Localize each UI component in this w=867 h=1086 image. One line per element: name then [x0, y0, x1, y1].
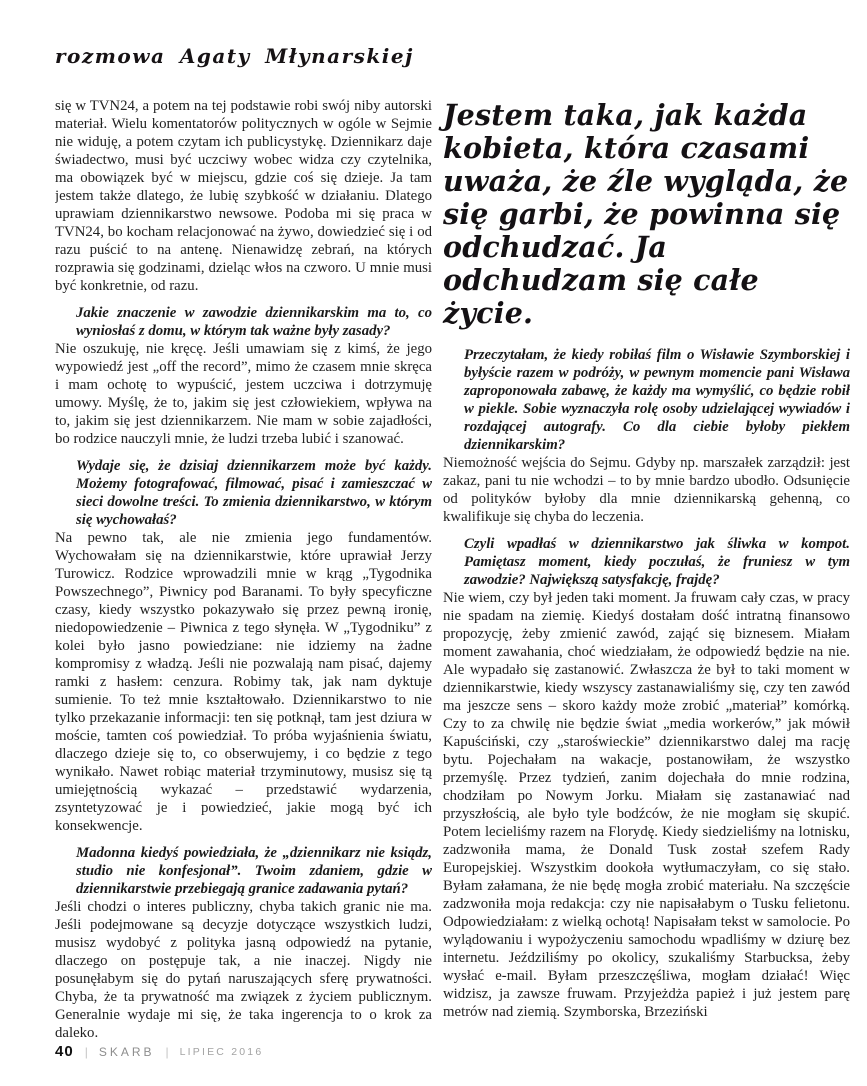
question-paragraph: Czyli wpadłaś w dziennikarstwo jak śliwk…: [443, 535, 850, 589]
footer-separator: |: [166, 1045, 169, 1059]
question-paragraph: Jakie znaczenie w zawodzie dziennikarski…: [55, 304, 432, 340]
footer-separator: |: [85, 1045, 88, 1059]
page-kicker: rozmowa Agaty Młynarskiej: [55, 44, 414, 68]
question-paragraph: Przeczytałam, że kiedy robiłaś film o Wi…: [443, 346, 850, 454]
footer-issue-date: LIPIEC 2016: [180, 1046, 264, 1058]
question-paragraph: Wydaje się, że dzisiaj dziennikarzem moż…: [55, 457, 432, 529]
answer-paragraph: Nie oszukuję, nie kręcę. Jeśli umawiam s…: [55, 340, 432, 448]
answer-paragraph: Niemożność wejścia do Sejmu. Gdyby np. m…: [443, 454, 850, 526]
answer-paragraph: Na pewno tak, ale nie zmienia jego funda…: [55, 529, 432, 835]
answer-paragraph: Nie wiem, czy był jeden taki moment. Ja …: [443, 589, 850, 1021]
magazine-page: rozmowa Agaty Młynarskiej się w TVN24, a…: [0, 0, 867, 1086]
answer-paragraph: się w TVN24, a potem na tej podstawie ro…: [55, 97, 432, 295]
pull-quote: Jestem taka, jak każda kobieta, która cz…: [443, 99, 850, 330]
article-columns: się w TVN24, a potem na tej podstawie ro…: [55, 97, 850, 1037]
footer-page-number: 40: [55, 1043, 74, 1060]
answer-paragraph: Jeśli chodzi o interes publiczny, chyba …: [55, 898, 432, 1037]
question-paragraph: Madonna kiedyś powiedziała, że „dziennik…: [55, 844, 432, 898]
right-column: Jestem taka, jak każda kobieta, która cz…: [443, 97, 850, 1037]
footer-magazine-name: SKARB: [99, 1045, 155, 1059]
left-column: się w TVN24, a potem na tej podstawie ro…: [55, 97, 432, 1037]
page-footer: 40 | SKARB | LIPIEC 2016: [55, 1043, 263, 1060]
